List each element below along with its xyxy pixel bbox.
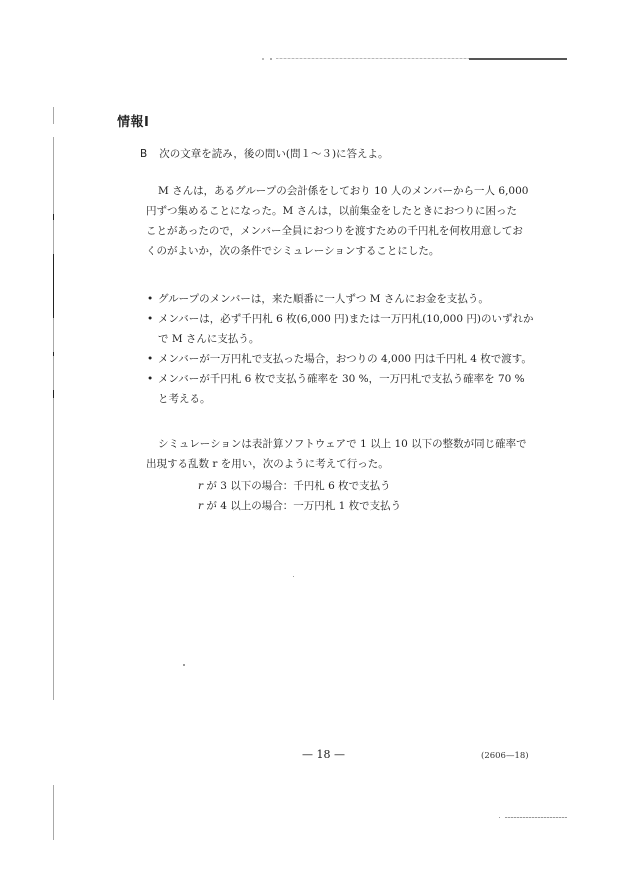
paragraph-line: ことがあったので，メンバー全員におつりを渡すための千円札を何枚用意してお [146,221,536,241]
condition-item: • グループのメンバーは，来た順番に一人ずつ M さんにお金を支払う。 [146,289,546,309]
simulation-paragraph: シミュレーションは表計算ソフトウェアで 1 以上 10 以下の整数が同じ確率で … [146,434,536,474]
paragraph-line: くのがよいか，次の条件でシミュレーションすることにした。 [146,241,536,261]
condition-line: メンバーが一万円札で支払った場合，おつりの 4,000 円は千円札 4 枚で渡す… [158,349,546,369]
bullet-icon: • [147,369,153,389]
paragraph-line: 出現する乱数 r を用い，次のように考えて行った。 [146,454,536,474]
page-number: — 18 — [302,748,345,761]
condition-line: メンバーは，必ず千円札 6 枚(6,000 円)または一万円札(10,000 円… [158,309,546,329]
left-margin-line [53,107,54,124]
variable-r: r [198,500,203,512]
conditions-list: • グループのメンバーは，来た順番に一人ずつ M さんにお金を支払う。 • メン… [146,289,546,409]
scan-mark [270,58,272,60]
condition-line: メンバーが千円札 6 枚で支払う確率を 30 %，一万円札で支払う確率を 70 … [158,369,546,389]
condition-item: • メンバーが千円札 6 枚で支払う確率を 30 %，一万円札で支払う確率を 7… [146,369,546,409]
top-rule-divider-dark [469,58,567,60]
condition-line: と考える。 [158,389,546,409]
simulation-rule: r が 4 以上の場合：一万円札 1 枚で支払う [198,496,401,516]
instruction-text: 次の文章を読み，後の問い(問１～３)に答えよ。 [159,148,388,160]
scan-speck [293,576,294,577]
condition-line: で M さんに支払う。 [158,329,546,349]
bottom-rule-divider [505,817,567,818]
bullet-icon: • [147,349,153,369]
paragraph-line: シミュレーションは表計算ソフトウェアで 1 以上 10 以下の整数が同じ確率で [146,434,536,454]
intro-paragraph: M さんは，あるグループの会計係をしており 10 人のメンバーから一人 6,00… [146,181,536,261]
simulation-rule: r が 3 以下の場合：千円札 6 枚で支払う [198,476,401,496]
left-margin-line [53,137,54,700]
left-margin-line [53,785,54,840]
paragraph-line: 円ずつ集めることになった。M さんは，以前集金をしたときにおつりに困った [146,201,536,221]
left-margin-line-dark [53,214,54,220]
rule-text: が 4 以上の場合：一万円札 1 枚で支払う [206,500,401,512]
bullet-icon: • [147,289,153,309]
left-margin-line-dark [53,254,54,318]
page-code: (2606—18) [481,751,529,761]
condition-item: • メンバーが一万円札で支払った場合，おつりの 4,000 円は千円札 4 枚で… [146,349,546,369]
paragraph-line: M さんは，あるグループの会計係をしており 10 人のメンバーから一人 6,00… [146,181,536,201]
section-label: B [140,148,147,160]
condition-line: グループのメンバーは，来た順番に一人ずつ M さんにお金を支払う。 [158,289,546,309]
section-instruction: B次の文章を読み，後の問い(問１～３)に答えよ。 [140,146,389,161]
subject-title: 情報Ⅰ [117,111,149,130]
variable-r: r [198,480,203,492]
rule-text: が 3 以下の場合：千円札 6 枚で支払う [206,480,390,492]
simulation-rules: r が 3 以下の場合：千円札 6 枚で支払う r が 4 以上の場合：一万円札… [198,476,401,516]
left-margin-line-dark [53,390,54,398]
scan-mark [262,58,264,60]
bullet-icon: • [147,309,153,329]
left-margin-line-dark [53,352,54,356]
scan-mark [499,817,500,818]
scan-speck [183,664,185,666]
condition-item: • メンバーは，必ず千円札 6 枚(6,000 円)または一万円札(10,000… [146,309,546,349]
